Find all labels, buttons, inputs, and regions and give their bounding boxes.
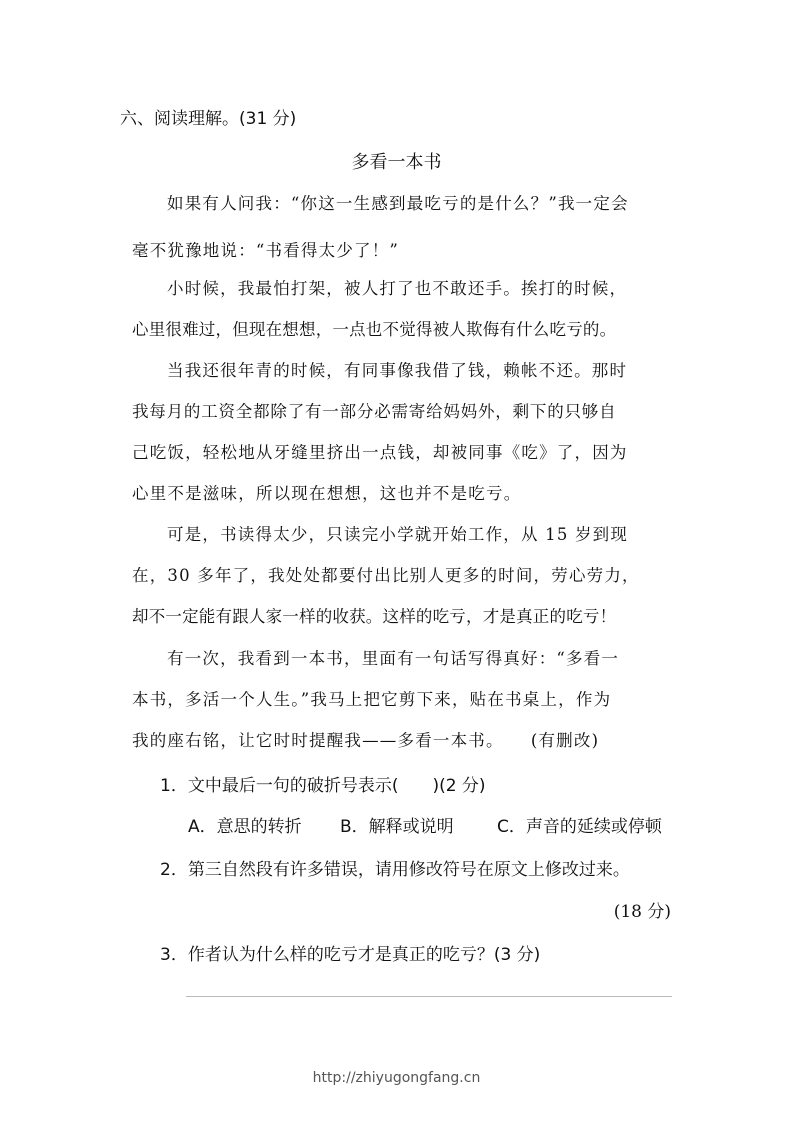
passage-line: 毫不犹豫地说：“书看得太少了！”	[132, 237, 399, 261]
passage-line: 本书，多活一个人生。”我马上把它剪下来，贴在书桌上，作为	[132, 686, 611, 710]
passage-line: 在，30 多年了，我处处都要付出比别人更多的时间，劳心劳力，	[132, 562, 640, 586]
passage-line: 我的座右铭，让它时时提醒我——多看一本书。 (有删改)	[132, 727, 599, 751]
question-3: 3．作者认为什么样的吃亏才是真正的吃亏？(3 分)	[160, 940, 540, 965]
option-a: A．意思的转折	[188, 812, 302, 837]
passage-line: 可是，书读得太少，只读完小学就开始工作，从 15 岁到现	[167, 521, 628, 545]
passage-line: 己吃饭，轻松地从牙缝里挤出一点钱，却被同事《吃》了，因为	[132, 439, 628, 463]
footer-url: http://zhiyugongfang.cn	[0, 1070, 793, 1086]
option-b: B．解释或说明	[340, 812, 454, 837]
answer-line[interactable]	[186, 996, 672, 997]
question-1: 1．文中最后一句的破折号表示( )(2 分)	[160, 771, 486, 796]
passage-line: 心里不是滋味，所以现在想想，这也并不是吃亏。	[132, 480, 521, 504]
passage-line: 有一次，我看到一本书，里面有一句话写得真好：“多看一	[167, 645, 619, 669]
passage-title: 多看一本书	[0, 148, 793, 174]
passage-line: 小时候，我最怕打架，被人打了也不敢还手。挨打的时候，	[167, 275, 627, 299]
passage-line: 当我还很年青的时候，有同事像我借了钱，赖帐不还。那时	[167, 357, 627, 381]
option-c: C．声音的延续或停顿	[497, 812, 662, 837]
passage-line: 却不一定能有跟人家一样的收获。这样的吃亏，才是真正的吃亏！	[132, 603, 616, 627]
question-2-score: (18 分)	[614, 897, 671, 922]
section-heading: 六、阅读理解。(31 分)	[120, 104, 296, 129]
passage-line: 如果有人问我：“你这一生感到最吃亏的是什么？”我一定会	[167, 190, 629, 214]
passage-line: 心里很难过，但现在想想，一点也不觉得被人欺侮有什么吃亏的。	[132, 316, 616, 340]
question-2: 2．第三自然段有许多错误，请用修改符号在原文上修改过来。	[160, 855, 630, 880]
passage-line: 我每月的工资全都除了有一部分必需寄给妈妈外，剩下的只够自	[132, 398, 616, 422]
